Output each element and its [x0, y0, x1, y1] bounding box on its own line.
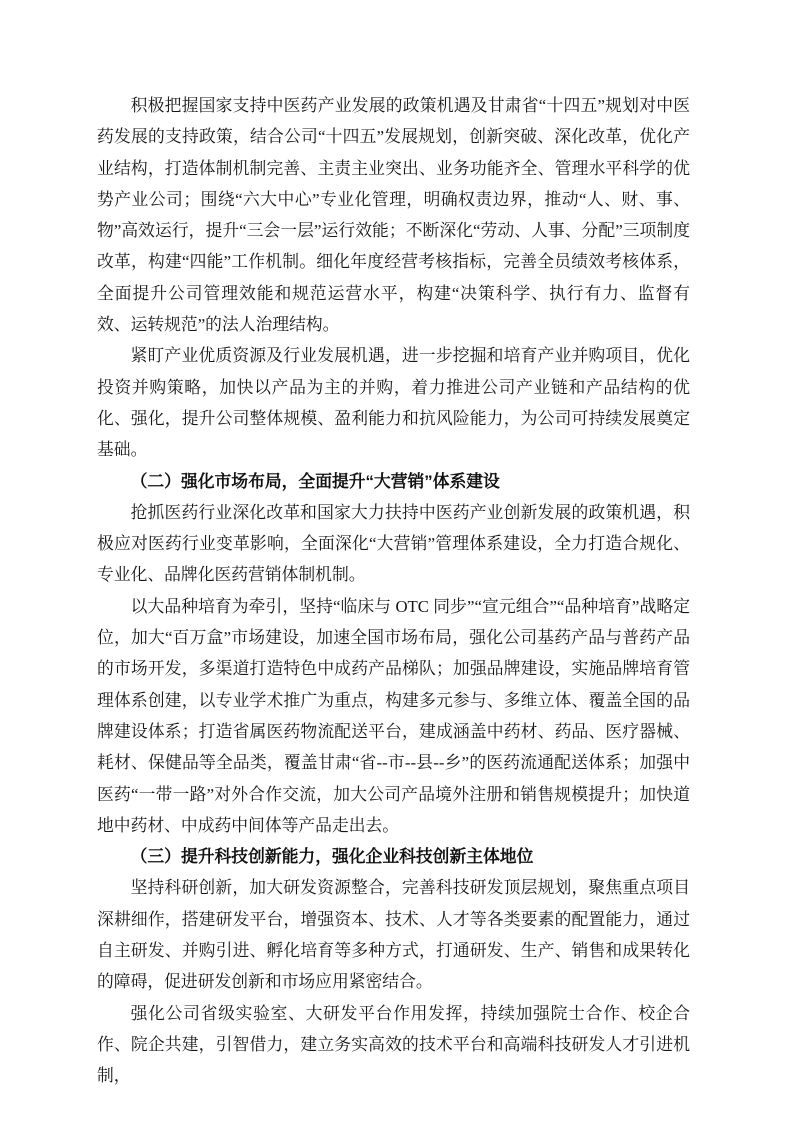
paragraph-marketing-reform: 抢抓医药行业深化改革和国家大力扶持中医药产业创新发展的政策机遇，积极应对医药行业… [97, 497, 690, 591]
paragraph-rnd-integration: 坚持科研创新，加大研发资源整合，完善科技研发顶层规划，聚焦重点项目深耕细作，搭建… [97, 872, 690, 997]
section-heading-3-innovation: （三）提升科技创新能力，强化企业科技创新主体地位 [97, 841, 690, 872]
section-heading-2-marketing: （二）强化市场布局，全面提升“大营销”体系建设 [97, 466, 690, 497]
paragraph-brand-distribution: 以大品种培育为牵引，坚持“临床与 OTC 同步”“宣元组合”“品种培育”战略定位… [97, 591, 690, 841]
document-content: 积极把握国家支持中医药产业发展的政策机遇及甘肃省“十四五”规划对中医药发展的支持… [97, 90, 690, 1092]
paragraph-ma-investment: 紧盯产业优质资源及行业发展机遇，进一步挖掘和培育产业并购项目，优化投资并购策略，… [97, 340, 690, 465]
paragraph-lab-cooperation: 强化公司省级实验室、大研发平台作用发挥，持续加强院士合作、校企合作、院企共建，引… [97, 998, 690, 1092]
paragraph-strategy-overview: 积极把握国家支持中医药产业发展的政策机遇及甘肃省“十四五”规划对中医药发展的支持… [97, 90, 690, 340]
document-page: 积极把握国家支持中医药产业发展的政策机遇及甘肃省“十四五”规划对中医药发展的支持… [0, 0, 794, 1122]
